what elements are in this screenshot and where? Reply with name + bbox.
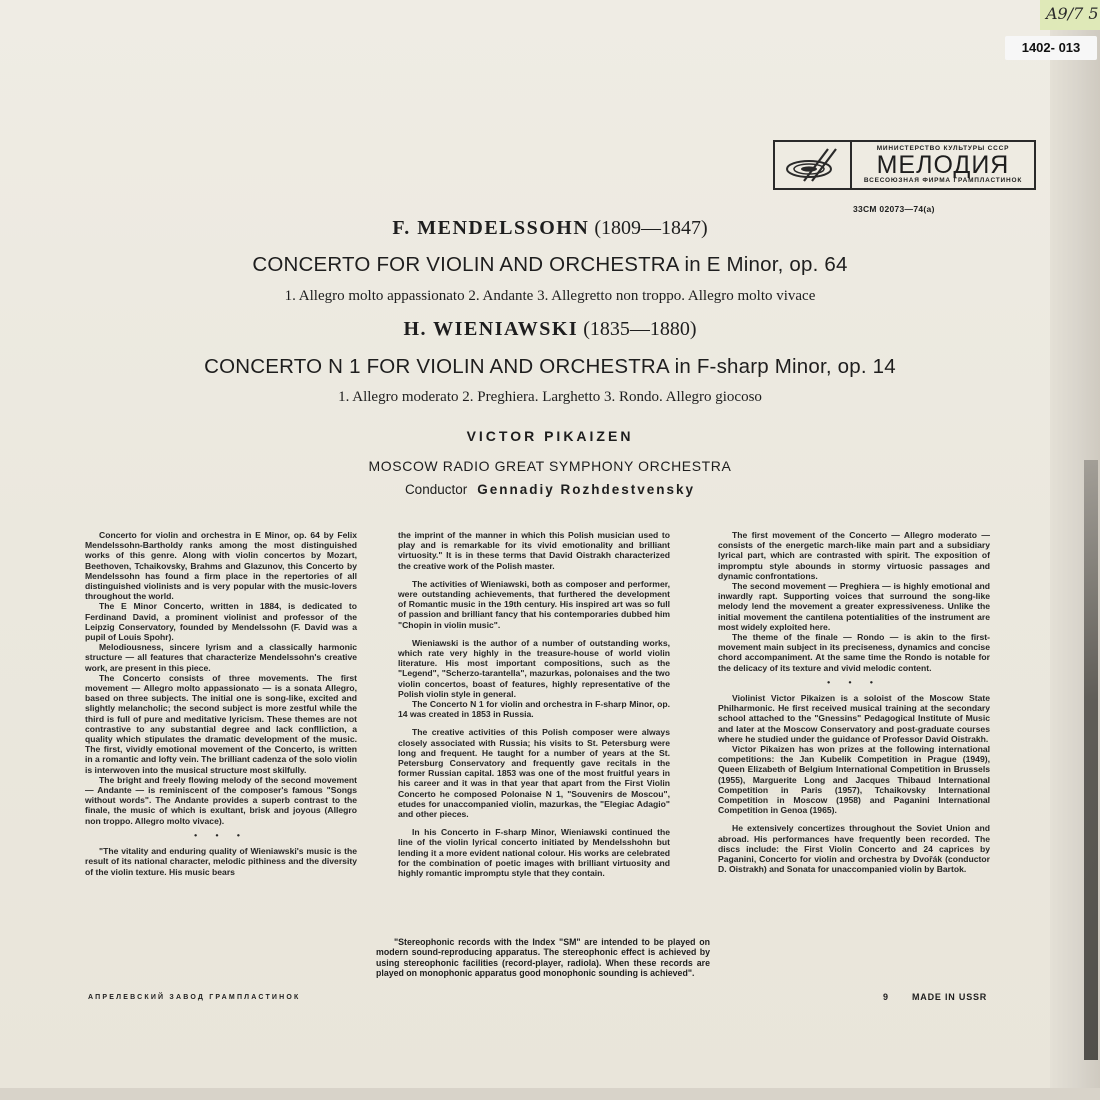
- note-paragraph: Melodiousness, sincere lyrism and a clas…: [85, 642, 357, 673]
- note-paragraph: He extensively concertizes throughout th…: [718, 823, 990, 874]
- note-paragraph: "The vitality and enduring quality of Wi…: [85, 846, 357, 877]
- sleeve-bottom-edge: [0, 1088, 1100, 1100]
- stereo-notice: "Stereophonic records with the Index "SM…: [376, 937, 710, 978]
- note-paragraph: The second movement — Preghiera — is hig…: [718, 581, 990, 632]
- note-paragraph: Victor Pikaizen has won prizes at the fo…: [718, 744, 990, 815]
- composer-2-name: H. WIENIAWSKI: [403, 318, 578, 340]
- conductor: ConductorGennadiy Rozhdestvensky: [0, 482, 1100, 497]
- composer-1: F. MENDELSSOHN (1809—1847): [0, 217, 1100, 240]
- note-paragraph: The first movement of the Concerto — All…: [718, 530, 990, 581]
- note-paragraph: Violinist Victor Pikaizen is a soloist o…: [718, 693, 990, 744]
- stereo-notice-text: "Stereophonic records with the Index "SM…: [376, 937, 710, 978]
- logo-text: МИНИСТЕРСТВО КУЛЬТУРЫ СССР МЕЛОДИЯ ВСЕСО…: [852, 142, 1034, 188]
- composer-2-years: (1835—1880): [583, 318, 696, 340]
- catalog-sticker: 1402- 013: [1005, 36, 1097, 60]
- composer-2: H. WIENIAWSKI (1835—1880): [0, 318, 1100, 341]
- note-paragraph: The activities of Wieniawski, both as co…: [398, 579, 670, 630]
- record-number: 33СМ 02073—74(а): [853, 204, 935, 214]
- note-paragraph: Wieniawski is the author of a number of …: [398, 638, 670, 699]
- orchestra: MOSCOW RADIO GREAT SYMPHONY ORCHESTRA: [0, 458, 1100, 474]
- handwritten-note: A9/7 5: [1040, 0, 1100, 30]
- note-paragraph: the imprint of the manner in which this …: [398, 530, 670, 571]
- work-2-title: CONCERTO N 1 FOR VIOLIN AND ORCHESTRA in…: [0, 355, 1100, 379]
- factory-name: АПРЕЛЕВСКИЙ ЗАВОД ГРАМПЛАСТИНОК: [88, 994, 301, 1001]
- note-paragraph: The creative activities of this Polish c…: [398, 727, 670, 819]
- note-paragraph: The theme of the finale — Rondo — is aki…: [718, 632, 990, 673]
- made-in-label: MADE IN USSR: [912, 992, 987, 1002]
- work-1-movements: 1. Allegro molto appassionato 2. Andante…: [0, 288, 1100, 305]
- sleeve-edge: [1050, 0, 1100, 1100]
- note-paragraph: In his Concerto in F-sharp Minor, Wienia…: [398, 827, 670, 878]
- composer-1-name: F. MENDELSSOHN: [392, 217, 589, 239]
- work-2-movements: 1. Allegro moderato 2. Preghiera. Larghe…: [0, 389, 1100, 406]
- brand-name: МЕЛОДИЯ: [877, 153, 1010, 177]
- worn-edge: [1084, 460, 1098, 1060]
- conductor-label: Conductor: [405, 482, 467, 497]
- page-number: 9: [883, 992, 888, 1002]
- composer-1-years: (1809—1847): [594, 217, 707, 239]
- melodiya-logo: МИНИСТЕРСТВО КУЛЬТУРЫ СССР МЕЛОДИЯ ВСЕСО…: [773, 140, 1036, 190]
- work-1-title: CONCERTO FOR VIOLIN AND ORCHESTRA in E M…: [0, 253, 1100, 277]
- company-line: ВСЕСОЮЗНАЯ ФИРМА ГРАМПЛАСТИНОК: [864, 177, 1022, 185]
- melodiya-record-emblem-icon: [775, 142, 852, 188]
- notes-column-1: Concerto for violin and orchestra in E M…: [85, 530, 357, 877]
- note-paragraph: The E Minor Concerto, written in 1884, i…: [85, 601, 357, 642]
- note-paragraph: The Concerto consists of three movements…: [85, 673, 357, 775]
- section-separator: • • •: [85, 830, 357, 840]
- note-paragraph: The Concerto N 1 for violin and orchestr…: [398, 699, 670, 719]
- conductor-name: Gennadiy Rozhdestvensky: [477, 482, 695, 497]
- note-paragraph: Concerto for violin and orchestra in E M…: [85, 530, 357, 601]
- note-paragraph: The bright and freely flowing melody of …: [85, 775, 357, 826]
- notes-column-2: the imprint of the manner in which this …: [398, 530, 670, 878]
- notes-column-3: The first movement of the Concerto — All…: [718, 530, 990, 875]
- section-separator: • • •: [718, 677, 990, 687]
- soloist: VICTOR PIKAIZEN: [0, 428, 1100, 444]
